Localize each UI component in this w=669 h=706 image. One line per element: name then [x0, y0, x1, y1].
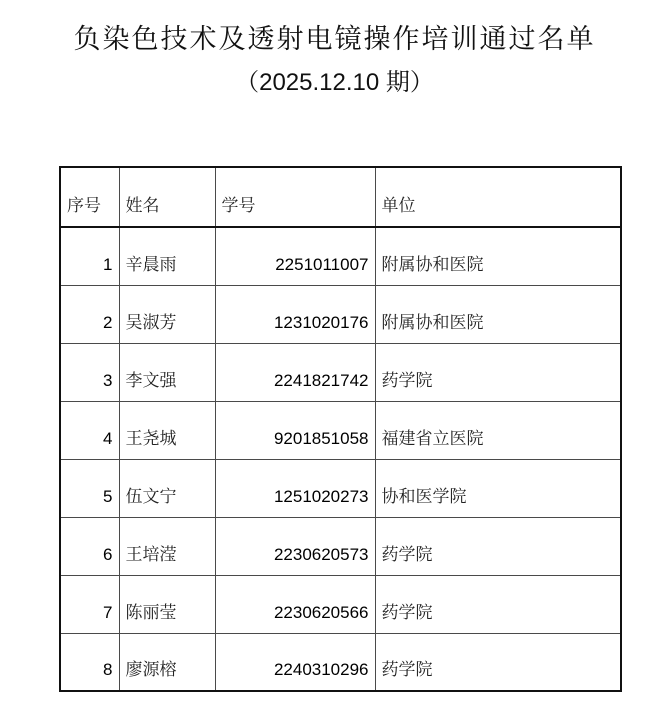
header-name: 姓名 [119, 167, 215, 227]
cell-name: 李文强 [119, 343, 215, 401]
cell-student-id: 9201851058 [215, 401, 375, 459]
header-student-id: 学号 [215, 167, 375, 227]
header-unit: 单位 [375, 167, 621, 227]
cell-unit: 协和医学院 [375, 459, 621, 517]
cell-student-id: 2251011007 [215, 227, 375, 285]
cell-name: 王尧城 [119, 401, 215, 459]
cell-student-id: 2230620566 [215, 575, 375, 633]
cell-student-id: 1251020273 [215, 459, 375, 517]
cell-student-id: 2230620573 [215, 517, 375, 575]
cell-name: 廖源榕 [119, 633, 215, 691]
cell-unit: 附属协和医院 [375, 227, 621, 285]
cell-name: 辛晨雨 [119, 227, 215, 285]
cell-seq: 4 [60, 401, 119, 459]
table-header-row: 序号 姓名 学号 单位 [60, 167, 621, 227]
cell-seq: 2 [60, 285, 119, 343]
cell-seq: 3 [60, 343, 119, 401]
table-row: 7 陈丽莹 2230620566 药学院 [60, 575, 621, 633]
cell-student-id: 1231020176 [215, 285, 375, 343]
cell-unit: 福建省立医院 [375, 401, 621, 459]
cell-unit: 药学院 [375, 633, 621, 691]
roster-table: 序号 姓名 学号 单位 1 辛晨雨 2251011007 附属协和医院 2 吴淑… [59, 166, 622, 692]
cell-seq: 1 [60, 227, 119, 285]
cell-name: 陈丽莹 [119, 575, 215, 633]
table-row: 1 辛晨雨 2251011007 附属协和医院 [60, 227, 621, 285]
cell-name: 王培滢 [119, 517, 215, 575]
table-row: 6 王培滢 2230620573 药学院 [60, 517, 621, 575]
table-row: 5 伍文宁 1251020273 协和医学院 [60, 459, 621, 517]
cell-unit: 附属协和医院 [375, 285, 621, 343]
table-row: 3 李文强 2241821742 药学院 [60, 343, 621, 401]
cell-name: 吴淑芳 [119, 285, 215, 343]
cell-name: 伍文宁 [119, 459, 215, 517]
cell-student-id: 2241821742 [215, 343, 375, 401]
cell-seq: 5 [60, 459, 119, 517]
document-subtitle: （2025.12.10 期） [0, 66, 669, 100]
cell-unit: 药学院 [375, 575, 621, 633]
cell-seq: 8 [60, 633, 119, 691]
document-title: 负染色技术及透射电镜操作培训通过名单 [0, 20, 669, 60]
cell-unit: 药学院 [375, 343, 621, 401]
cell-unit: 药学院 [375, 517, 621, 575]
table-row: 8 廖源榕 2240310296 药学院 [60, 633, 621, 691]
table-row: 4 王尧城 9201851058 福建省立医院 [60, 401, 621, 459]
header-seq: 序号 [60, 167, 119, 227]
cell-seq: 7 [60, 575, 119, 633]
cell-student-id: 2240310296 [215, 633, 375, 691]
table-row: 2 吴淑芳 1231020176 附属协和医院 [60, 285, 621, 343]
cell-seq: 6 [60, 517, 119, 575]
